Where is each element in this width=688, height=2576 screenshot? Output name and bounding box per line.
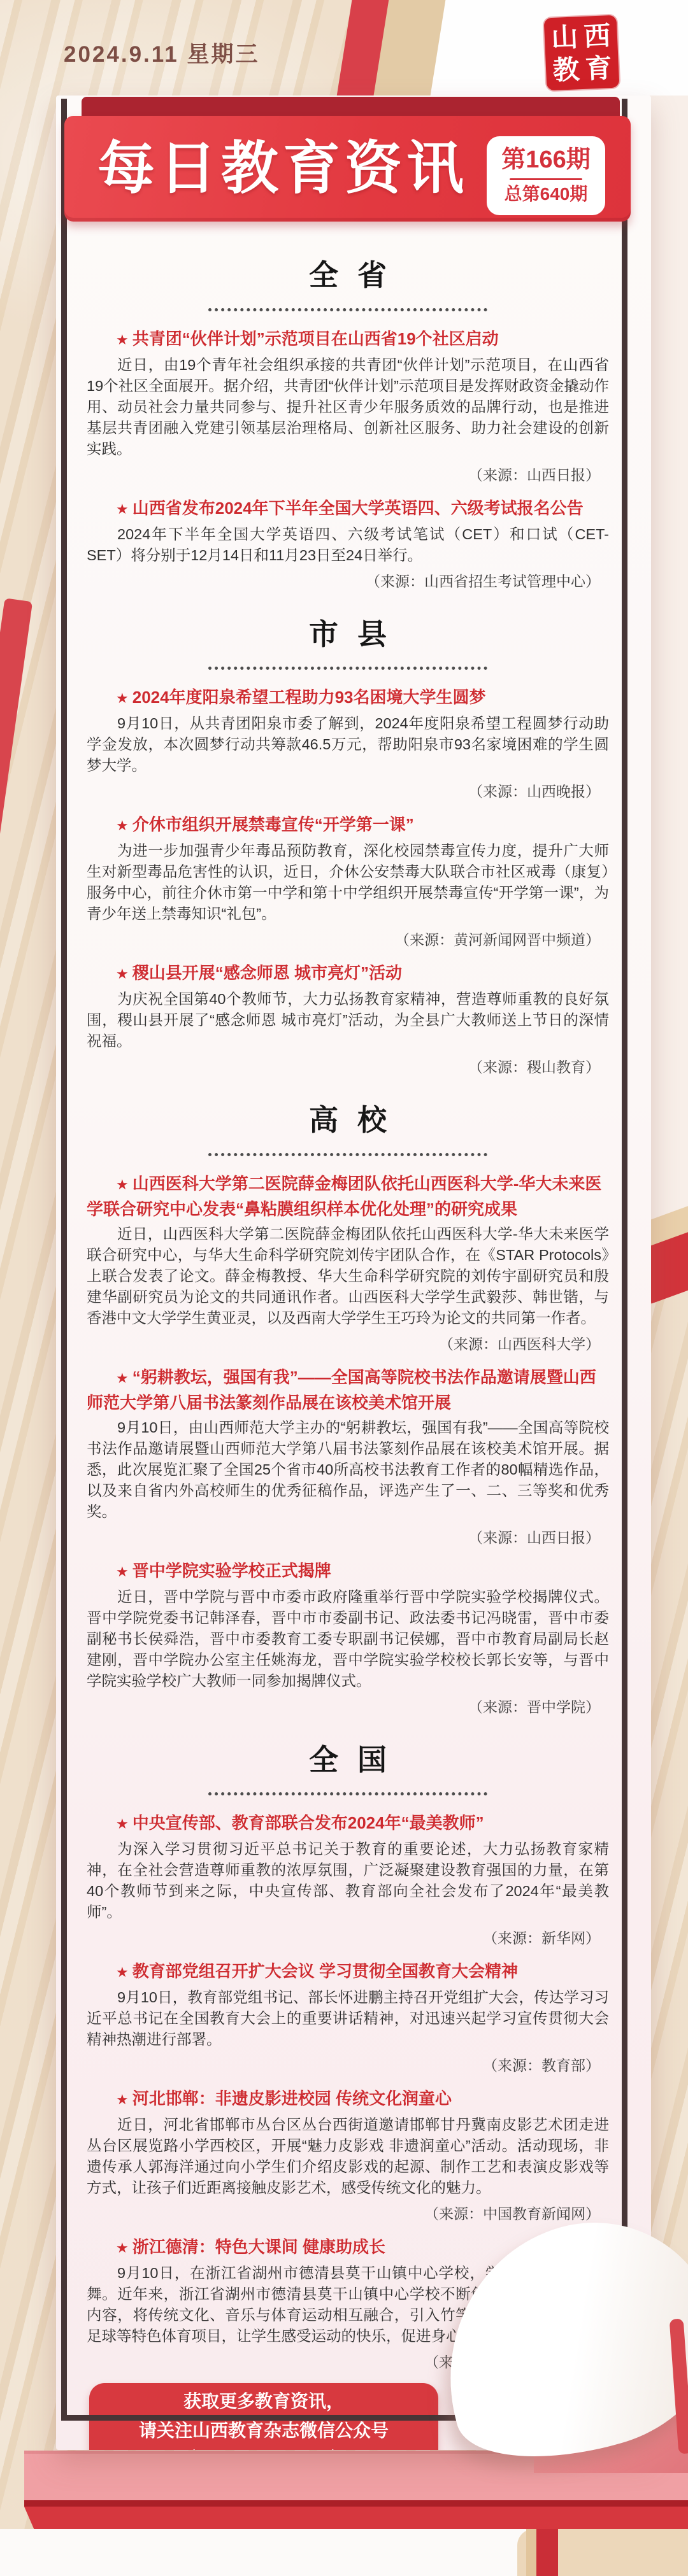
seal-char: 山 [548,20,582,54]
news-title-text: 稷山县开展“感念师恩 城市亮灯”活动 [133,963,402,982]
issue-divider-line [510,178,582,180]
news-body: 近日，山西医科大学第二医院薛金梅团队依托山西医科大学-华大未来医学联合研究中心，… [87,1224,609,1329]
news-body: 为庆祝全国第40个教师节，大力弘扬教育家精神，营造尊师重教的良好氛围，稷山县开展… [87,989,609,1052]
news-title: ★2024年度阳泉希望工程助力93名困境大学生圆梦 [87,685,609,711]
star-icon: ★ [116,817,129,833]
news-source: （来源：山西省招生考试管理中心） [87,571,600,592]
news-title-text: “躬耕教坛，强国有我”——全国高等院校书法作品邀请展暨山西师范大学第八届书法篆刻… [87,1368,596,1412]
news-title: ★山西医科大学第二医院薛金梅团队依托山西医科大学-华大未来医学联合研究中心发表“… [87,1171,609,1221]
news-title: ★教育部党组召开扩大会议 学习贯彻全国教育大会精神 [87,1959,609,1985]
news-item: ★教育部党组召开扩大会议 学习贯彻全国教育大会精神 9月10日，教育部党组书记、… [87,1959,609,2076]
news-source: （来源：黄河新闻网晋中频道） [87,930,600,951]
news-source: （来源：晋中学院） [87,1697,600,1718]
wechat-follow-cta[interactable]: 获取更多教育资讯， 请关注山西教育杂志微信公众号 （shanxi_jiaoyu） [89,2383,438,2450]
news-item: ★河北邯郸：非遗皮影进校园 传统文化润童心 近日，河北省邯郸市丛台区丛台西街道邀… [87,2086,609,2225]
news-source: （来源：教育部） [87,2055,600,2076]
star-icon: ★ [116,2240,129,2256]
news-title: ★晋中学院实验学校正式揭牌 [87,1559,609,1584]
news-body: 9月10日，由山西师范大学主办的“躬耕教坛，强国有我”——全国高等院校书法作品邀… [87,1417,609,1522]
news-body: 近日，晋中学院与晋中市委市政府隆重举行晋中学院实验学校揭牌仪式。晋中学院党委书记… [87,1587,609,1692]
news-item: ★稷山县开展“感念师恩 城市亮灯”活动 为庆祝全国第40个教师节，大力弘扬教育家… [87,961,609,1078]
news-title: ★河北邯郸：非遗皮影进校园 传统文化润童心 [87,2086,609,2112]
news-title: ★中央宣传部、教育部联合发布2024年“最美教师” [87,1811,609,1836]
news-title-text: 共青团“伙伴计划”示范项目在山西省19个社区启动 [133,329,499,348]
news-item: ★2024年度阳泉希望工程助力93名困境大学生圆梦 9月10日，从共青团阳泉市委… [87,685,609,802]
section-title-cities: 市县 [87,616,609,653]
news-source: （来源：新华网） [87,1928,600,1949]
dotted-divider [208,667,487,670]
news-board-card: 全省 ★共青团“伙伴计划”示范项目在山西省19个社区启动 近日，由19个青年社会… [56,96,651,2450]
wechat-id: （shanxi_jiaoyu） [176,2445,350,2450]
section-universities: 高校 ★山西医科大学第二医院薛金梅团队依托山西医科大学-华大未来医学联合研究中心… [87,1088,609,1728]
news-item: ★晋中学院实验学校正式揭牌 近日，晋中学院与晋中市委市政府隆重举行晋中学院实验学… [87,1559,609,1718]
shanxi-jiaoyu-seal-stamp: 山 西 教 育 [544,15,620,91]
cta-line1: 获取更多教育资讯， [183,2387,344,2416]
news-title: ★稷山县开展“感念师恩 城市亮灯”活动 [87,961,609,986]
seal-char: 西 [580,19,614,53]
issue-number: 第166期 [501,147,590,174]
news-item: ★中央宣传部、教育部联合发布2024年“最美教师” 为深入学习贯彻习近平总书记关… [87,1811,609,1949]
news-item: ★山西省发布2024年下半年全国大学英语四、六级考试报名公告 2024年下半年全… [87,496,609,592]
section-title-universities: 高校 [87,1102,609,1139]
news-source: （来源：中国教育新闻网） [87,2204,600,2225]
star-icon: ★ [116,2091,129,2107]
news-title-text: 介休市组织开展禁毒宣传“开学第一课” [133,815,414,834]
star-icon: ★ [116,332,129,348]
easel-shelf-shadow-bar [24,2500,688,2507]
news-title-text: 河北邯郸：非遗皮影进校园 传统文化润童心 [133,2089,452,2108]
section-cities: 市县 ★2024年度阳泉希望工程助力93名困境大学生圆梦 9月10日，从共青团阳… [87,602,609,1089]
dotted-divider [208,1792,487,1795]
issue-badge: 第166期 总第640期 [487,136,605,215]
news-source: （来源：稷山教育） [87,1057,600,1078]
news-title: ★共青团“伙伴计划”示范项目在山西省19个社区启动 [87,327,609,352]
seal-char: 教 [549,53,583,87]
section-title-national: 全国 [87,1742,609,1779]
news-title-text: 晋中学院实验学校正式揭牌 [133,1561,331,1580]
news-item: ★“躬耕教坛，强国有我”——全国高等院校书法作品邀请展暨山西师范大学第八届书法篆… [87,1365,609,1548]
star-icon: ★ [116,966,129,982]
news-source: （来源：山西晚报） [87,781,600,802]
news-source: （来源：山西日报） [87,465,600,486]
easel-leg-wood [526,2529,536,2576]
easel-leg-red [536,2529,558,2576]
news-title-text: 山西省发布2024年下半年全国大学英语四、六级考试报名公告 [133,499,584,518]
news-body: 为进一步加强青少年毒品预防教育，深化校园禁毒宣传力度，提升广大师生对新型毒品危害… [87,840,609,924]
date-value: 2024.9.11 [64,42,179,67]
news-title-text: 山西医科大学第二医院薛金梅团队依托山西医科大学-华大未来医学联合研究中心发表“鼻… [87,1174,601,1219]
star-icon: ★ [116,1964,129,1980]
easel-shelf-red [24,2507,688,2530]
masthead-title: 每日教育资讯 [97,140,468,197]
news-source: （来源：山西医科大学） [87,1334,600,1355]
right-margin-strip [645,96,688,1229]
news-title-text: 浙江德清：特色大课间 健康助成长 [133,2237,385,2256]
news-item: ★介休市组织开展禁毒宣传“开学第一课” 为进一步加强青少年毒品预防教育，深化校园… [87,812,609,951]
page-date: 2024.9.11 星期三 [64,37,260,69]
news-title: ★“躬耕教坛，强国有我”——全国高等院校书法作品邀请展暨山西师范大学第八届书法篆… [87,1365,609,1415]
star-icon: ★ [116,1564,129,1580]
news-body: 9月10日，从共青团阳泉市委了解到，2024年度阳泉希望工程圆梦行动助学金发放，… [87,713,609,776]
star-icon: ★ [116,501,129,517]
news-body: 9月10日，教育部党组书记、部长怀进鹏主持召开党组扩大会，传达学习习近平总书记在… [87,1987,609,2050]
news-title: ★介休市组织开展禁毒宣传“开学第一课” [87,812,609,838]
masthead-banner: 每日教育资讯 第166期 总第640期 [64,116,631,222]
news-source: （来源：山西日报） [87,1527,600,1548]
section-title-province: 全省 [87,257,609,294]
weekday-value: 星期三 [187,42,260,67]
news-title: ★山西省发布2024年下半年全国大学英语四、六级考试报名公告 [87,496,609,521]
news-item: ★山西医科大学第二医院薛金梅团队依托山西医科大学-华大未来医学联合研究中心发表“… [87,1171,609,1355]
news-body: 近日，河北省邯郸市丛台区丛台西街道邀请邯郸甘丹冀南皮影艺术团走进丛台区展览路小学… [87,2114,609,2198]
news-body: 2024年下半年全国大学英语四、六级考试笔试（CET）和口试（CET-SET）将… [87,524,609,566]
news-item: ★共青团“伙伴计划”示范项目在山西省19个社区启动 近日，由19个青年社会组织承… [87,327,609,486]
cta-line2: 请关注山西教育杂志微信公众号 [139,2416,389,2445]
news-title-text: 2024年度阳泉希望工程助力93名困境大学生圆梦 [133,688,486,707]
star-icon: ★ [116,1370,129,1386]
news-body: 近日，由19个青年社会组织承接的共青团“伙伴计划”示范项目，在山西省19个社区全… [87,355,609,460]
section-province: 全省 ★共青团“伙伴计划”示范项目在山西省19个社区启动 近日，由19个青年社会… [87,243,609,602]
news-body: 为深入学习贯彻习近平总书记关于教育的重要论述，大力弘扬教育家精神，在全社会营造尊… [87,1839,609,1923]
dotted-divider [208,308,487,311]
news-title-text: 中央宣传部、教育部联合发布2024年“最美教师” [133,1813,484,1832]
star-icon: ★ [116,690,129,706]
star-icon: ★ [116,1816,129,1832]
news-title-text: 教育部党组召开扩大会议 学习贯彻全国教育大会精神 [133,1962,518,1981]
issue-total-number: 总第640期 [505,185,588,204]
seal-char: 育 [582,52,615,85]
dotted-divider [208,1153,487,1156]
star-icon: ★ [116,1177,129,1192]
